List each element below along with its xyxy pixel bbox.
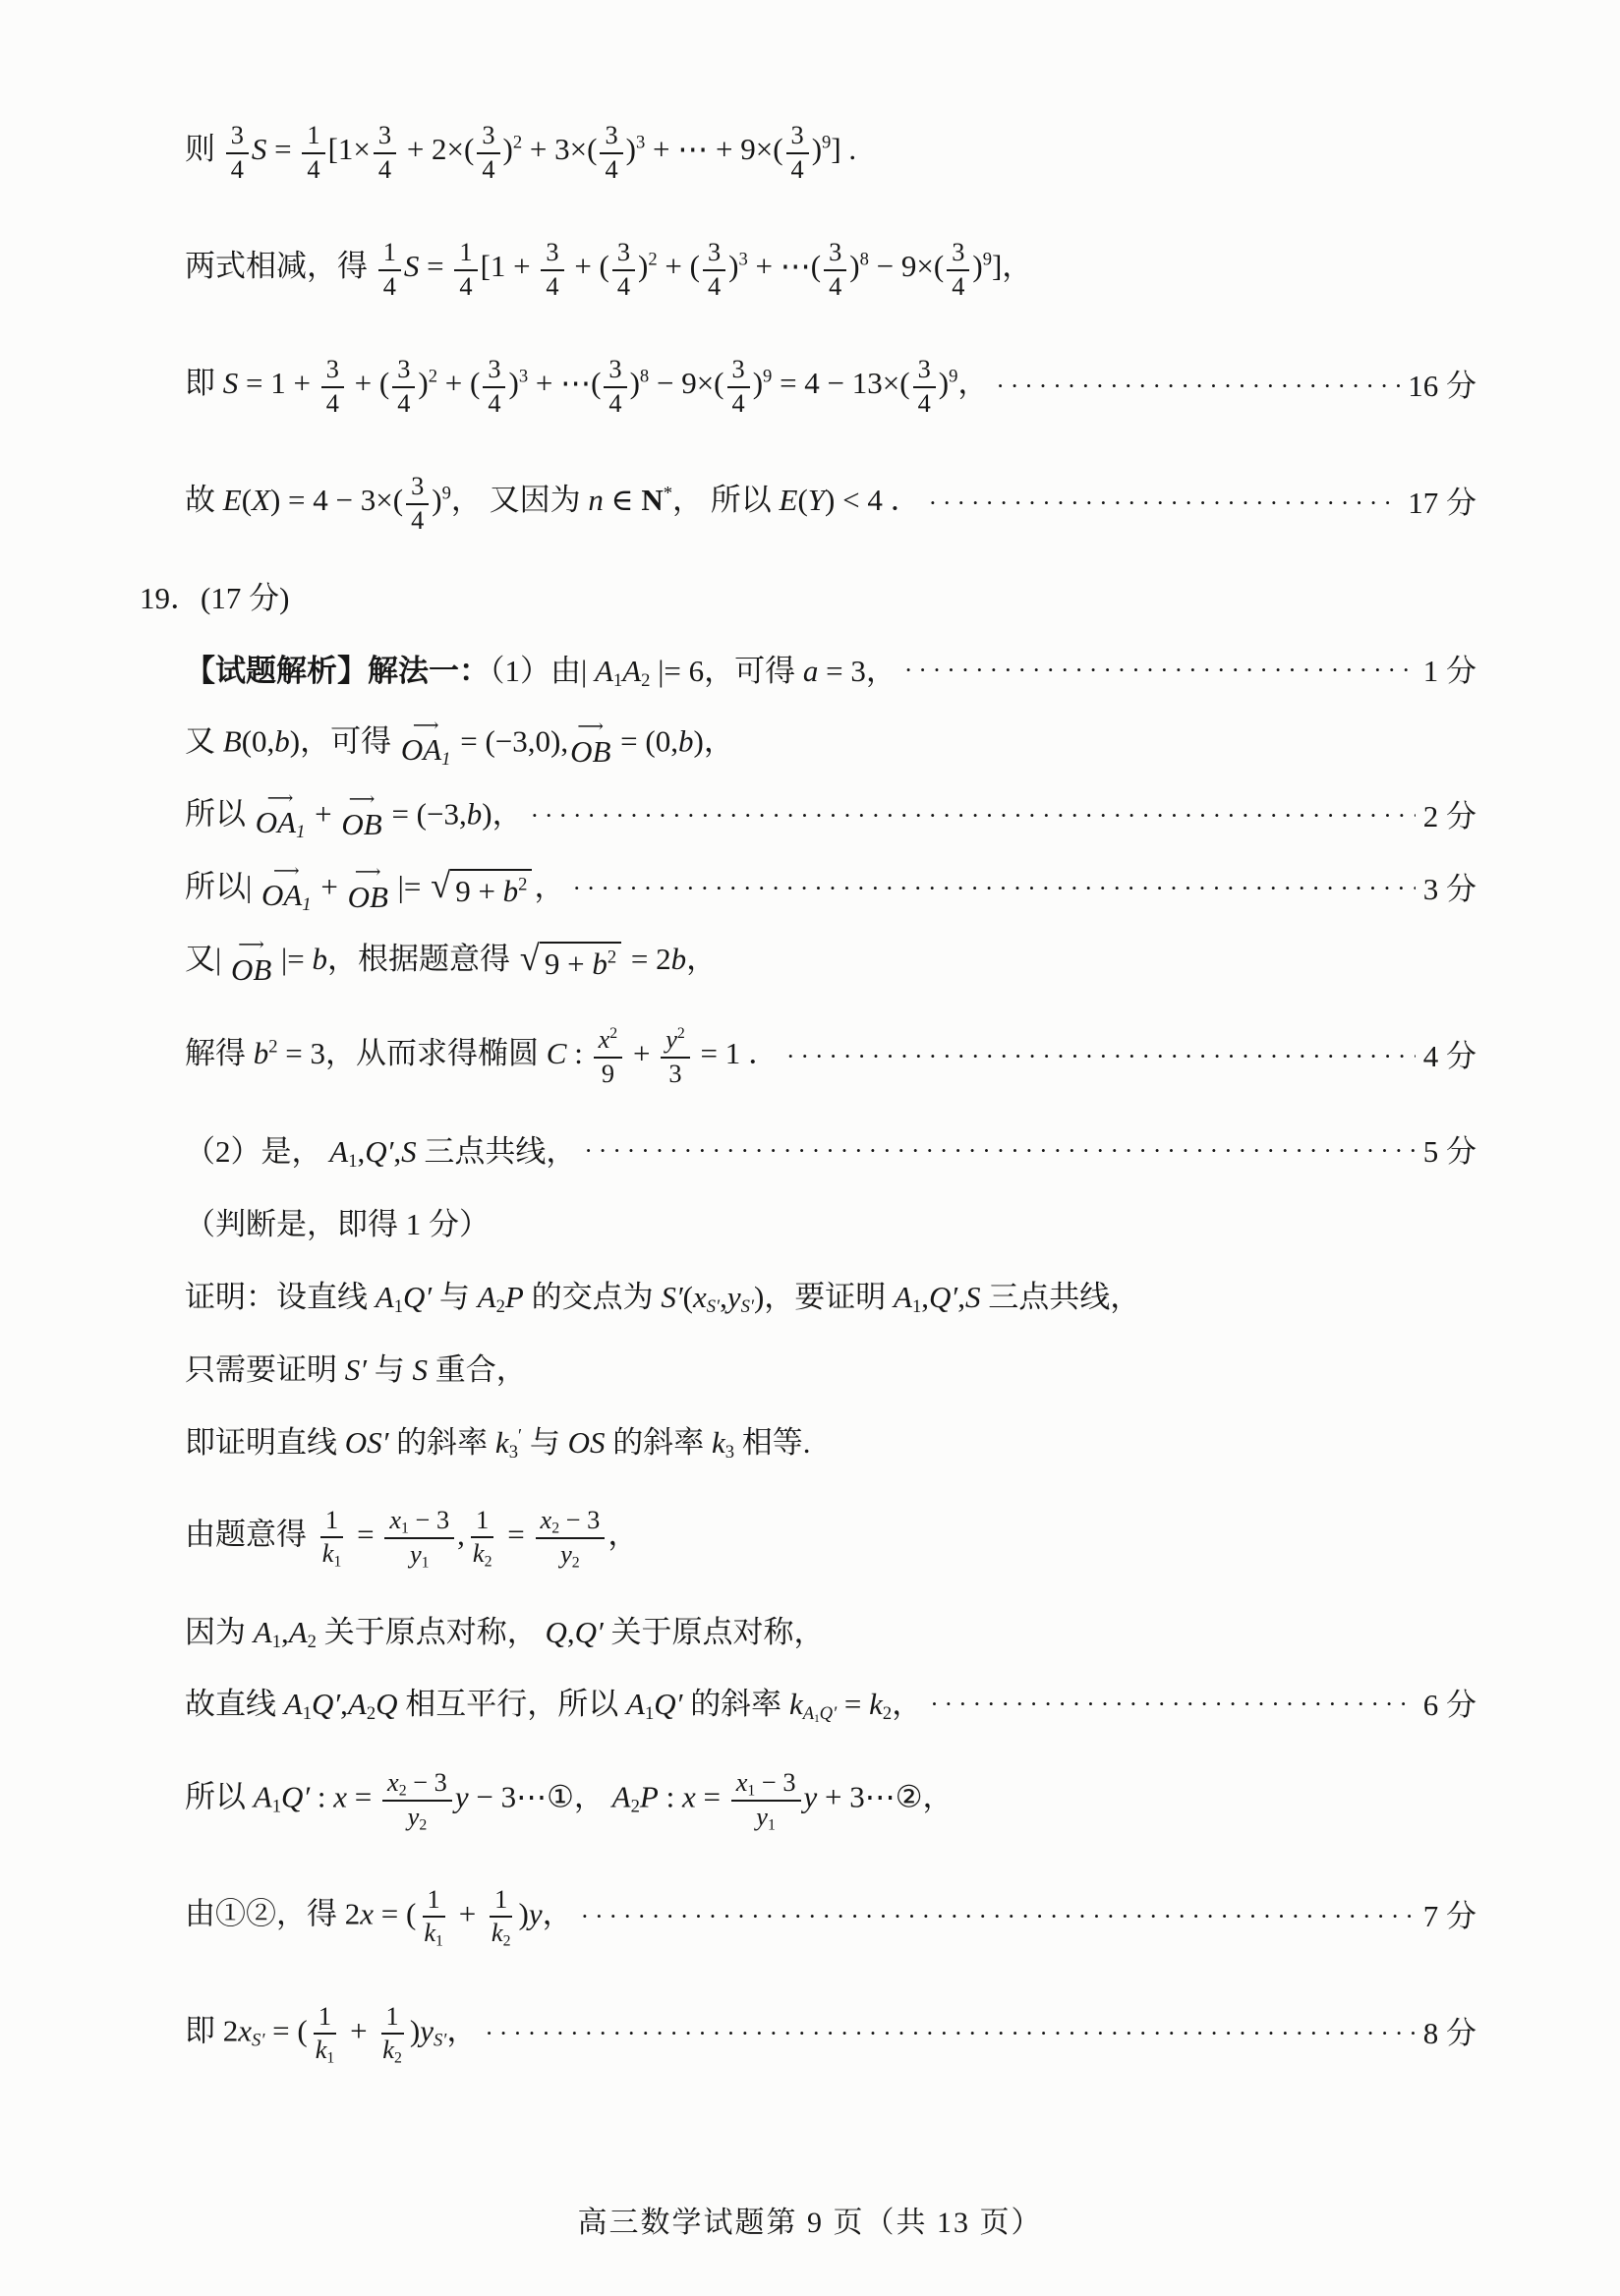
math-variable: Q <box>545 1615 566 1649</box>
math-variable: OB <box>348 880 388 914</box>
math-variable: x <box>541 1506 552 1534</box>
math-variable: OB <box>570 734 610 769</box>
math-fraction: y23 <box>661 1024 690 1089</box>
numerator: 3 <box>612 237 635 270</box>
math-fraction: 34 <box>727 354 750 419</box>
formula-line: 故 E(X) = 4 − 3×(34)9， 又因为 n ∈ N*， 所以 E(Y… <box>185 445 1476 562</box>
line-content: 即 2xS′ = (1k1 + 1k2)yS′， <box>185 2001 477 2066</box>
math-fraction: 34 <box>913 354 936 419</box>
superscript: 9 <box>983 250 992 270</box>
text: ， <box>923 1780 954 1814</box>
subscript: 2 <box>496 1296 505 1317</box>
math-text: ) <box>503 133 513 167</box>
math-text: : <box>566 1037 590 1071</box>
subscript: 3 <box>725 1442 734 1463</box>
math-variable: b <box>313 942 328 976</box>
math-text: : <box>310 1780 333 1814</box>
subscript: 2 <box>503 1933 511 1950</box>
subscript: 2 <box>419 1816 427 1833</box>
math-text: | <box>215 942 229 976</box>
superscript: 9 <box>763 367 772 387</box>
math-text: ) <box>410 2014 420 2048</box>
denominator: k1 <box>311 2035 340 2066</box>
math-text: = 3 <box>818 654 865 688</box>
text: （判断是，即得 1 分） <box>185 1207 490 1241</box>
text: 即 <box>185 367 223 401</box>
math-variable: OB <box>341 807 381 841</box>
math-variable: b <box>274 723 290 758</box>
subscript: 1 <box>394 1296 403 1317</box>
subscript: 1 <box>613 670 622 691</box>
formula-line: 因为 A1,A2 关于原点对称， Q,Q′ 关于原点对称， <box>185 1596 1476 1669</box>
math-text: ) <box>812 133 822 167</box>
subscript: 2 <box>551 1521 559 1537</box>
superscript: 3 <box>519 367 528 387</box>
numerator: 3 <box>703 237 725 270</box>
score-label: 8 分 <box>1423 2015 1476 2053</box>
text: 与 <box>522 1425 568 1460</box>
line-content: 又| ⟶OB |= b，根据题意得 √9 + b2 = 2b， <box>185 938 717 986</box>
math-text: = <box>837 1687 869 1721</box>
line-content: 19．(17 分) <box>140 580 289 618</box>
formula-line: （2）是， A1,Q′,S 三点共线，·····················… <box>185 1116 1476 1188</box>
math-vector: ⟶OB <box>348 865 388 913</box>
math-variable: A <box>348 1687 367 1721</box>
math-text: + <box>625 1037 658 1071</box>
subscript: 2 <box>399 1783 407 1800</box>
math-fraction: 34 <box>604 354 626 419</box>
text: 的斜率 <box>388 1425 495 1460</box>
line-content: 解得 b2 = 3，从而求得椭圆 C : x29 + y23 = 1 ． <box>185 1024 779 1089</box>
math-fraction: 14 <box>302 120 324 185</box>
page-footer: 高三数学试题第 9 页（共 13 页） <box>0 2198 1620 2241</box>
math-text: [1 + <box>481 250 539 284</box>
math-variable: E <box>223 484 242 518</box>
vector-body: OB <box>570 736 610 769</box>
math-text: − 3 <box>755 1768 795 1797</box>
math-vector: ⟶OB <box>231 938 271 986</box>
text: ，从而求得椭圆 <box>325 1037 547 1071</box>
superscript: 2 <box>429 367 437 387</box>
text: 所以 <box>185 1780 254 1814</box>
numerator: x2 − 3 <box>382 1767 452 1801</box>
formula-line: 即 S = 1 + 34 + (34)2 + (34)3 + ⋯(34)8 − … <box>185 328 1476 445</box>
dotted-leader: ········································… <box>904 656 1416 687</box>
text: 因为 <box>185 1615 254 1649</box>
math-variable: y <box>455 1780 469 1814</box>
math-vector: ⟶OA1 <box>401 718 451 771</box>
math-variable: C <box>547 1037 567 1071</box>
math-text: , <box>921 1280 929 1314</box>
numerator: 3 <box>406 471 429 504</box>
math-variable: Q′ <box>403 1280 432 1314</box>
text: 只需要证明 <box>185 1352 345 1387</box>
text: 故 <box>185 484 223 518</box>
math-text: + 2×( <box>399 133 474 167</box>
math-variable: Q′ <box>820 1703 838 1724</box>
math-text: 9 + <box>455 874 502 908</box>
dotted-leader: ········································… <box>584 1136 1415 1168</box>
formula-line: 两式相减，得 14S = 14[1 + 34 + (34)2 + (34)3 +… <box>185 211 1476 328</box>
math-variable: S′ <box>707 1296 720 1317</box>
math-variable: S <box>223 367 239 401</box>
numerator: 1 <box>381 2001 404 2035</box>
math-text: , <box>567 1615 575 1649</box>
math-variable: A <box>254 1615 272 1649</box>
math-text: , <box>393 1134 401 1169</box>
text: 故直线 <box>185 1687 284 1721</box>
line-content: 【试题解析】解法一：（1）由| A1A2 |= 6，可得 a = 3， <box>185 653 897 691</box>
math-variable: A <box>329 1134 348 1169</box>
text: ，要证明 <box>764 1280 894 1314</box>
math-text: | <box>246 869 260 903</box>
math-text: , <box>957 1280 965 1314</box>
denominator: 4 <box>541 271 563 303</box>
math-variable: y <box>420 2014 434 2048</box>
numerator: 3 <box>321 354 344 387</box>
math-text: ) <box>638 250 648 284</box>
math-variable: k <box>473 1539 485 1568</box>
subscript: S′ <box>707 1296 720 1317</box>
superscript: 3 <box>636 133 645 153</box>
text: 则 <box>185 133 223 167</box>
math-variable: A <box>289 1615 308 1649</box>
vector-body: OA1 <box>261 880 312 915</box>
numerator: 3 <box>541 237 563 270</box>
denominator: 4 <box>483 388 505 420</box>
score-label: 1 分 <box>1423 653 1476 691</box>
vector-body: OA1 <box>256 807 306 842</box>
superscript: 8 <box>860 250 869 270</box>
math-variable: Q′ <box>575 1615 604 1649</box>
math-fraction: 14 <box>378 237 401 302</box>
numerator: 3 <box>483 354 505 387</box>
denominator: 3 <box>664 1059 686 1090</box>
math-fraction: 34 <box>477 120 499 185</box>
denominator: 4 <box>947 271 969 303</box>
math-sqrt: √9 + b2 <box>520 942 621 984</box>
superscript: 2 <box>609 1026 617 1043</box>
numerator: 1 <box>302 120 324 153</box>
line-content: （判断是，即得 1 分） <box>185 1206 490 1244</box>
formula-line: 故直线 A1Q′,A2Q 相互平行，所以 A1Q′ 的斜率 kA1Q′ = k2… <box>185 1669 1476 1742</box>
math-variable: S′ <box>741 1296 754 1317</box>
line-content: 由①②，得 2x = (1k1 + 1k2)y， <box>185 1884 573 1949</box>
formula-line: 所以 A1Q′ : x = x2 − 3y2y − 3⋯①， A2P : x =… <box>185 1742 1476 1859</box>
math-text: = 2 <box>623 942 670 976</box>
math-text: ) <box>754 1280 764 1314</box>
subscript: 1 <box>422 1554 430 1571</box>
math-fraction: 1k1 <box>311 2001 340 2066</box>
math-text: 2 <box>223 2014 239 2048</box>
denominator: 4 <box>600 154 622 186</box>
score-label: 2 分 <box>1423 798 1476 836</box>
text: （1）由 <box>490 654 581 688</box>
math-fraction: 34 <box>374 120 396 185</box>
superscript: 2 <box>677 1026 685 1043</box>
math-text: ) <box>519 1897 529 1931</box>
math-text: ) <box>693 723 703 758</box>
math-fraction: 34 <box>321 354 344 419</box>
math-text: + <box>314 869 346 903</box>
math-text: = 3 <box>278 1037 325 1071</box>
text: （2）是， <box>185 1134 329 1169</box>
denominator: k2 <box>487 1918 516 1949</box>
denominator: 4 <box>321 388 344 420</box>
math-text: ) <box>508 367 518 401</box>
formula-line: 【试题解析】解法一：（1）由| A1A2 |= 6，可得 a = 3，·····… <box>185 635 1476 708</box>
math-text: : <box>659 1780 682 1814</box>
math-variable: x <box>599 1025 610 1054</box>
formula-line: 所以| ⟶OA1 + ⟶OB |= √9 + b2，··············… <box>185 853 1476 926</box>
math-variable: k <box>382 2036 394 2064</box>
subscript: 1 <box>296 823 305 843</box>
denominator: 4 <box>703 271 725 303</box>
subscript: 3 <box>509 1442 518 1463</box>
text: 重合， <box>428 1352 527 1387</box>
line-content: 即 S = 1 + 34 + (34)2 + (34)3 + ⋯(34)8 − … <box>185 354 988 419</box>
math-fraction: 14 <box>454 237 477 302</box>
subscript: 1 <box>768 1816 776 1833</box>
line-content: 两式相减，得 14S = 14[1 + 34 + (34)2 + (34)3 +… <box>185 237 1032 302</box>
dotted-leader: ········································… <box>572 874 1415 905</box>
denominator: y1 <box>751 1802 781 1833</box>
math-text: + 3×( <box>522 133 597 167</box>
math-variable: A <box>478 1280 496 1314</box>
math-variable: k <box>424 1919 435 1947</box>
math-text: ) = 4 − 3×( <box>270 484 403 518</box>
numerator: 1 <box>454 237 477 270</box>
text: 相等. <box>734 1425 811 1460</box>
numerator: 3 <box>727 354 750 387</box>
numerator: 1 <box>314 2001 336 2035</box>
math-text: + ⋯( <box>748 250 821 284</box>
score-label: 16 分 <box>1408 368 1476 406</box>
line-content: 则 34S = 14[1×34 + 2×(34)2 + 3×(34)3 + ⋯ … <box>185 120 856 185</box>
math-variable: b <box>678 723 694 758</box>
text: 与 <box>367 1352 413 1387</box>
bold-text: N <box>641 484 663 518</box>
math-fraction: 34 <box>947 237 969 302</box>
formula-line: 由①②，得 2x = (1k1 + 1k2)y，················… <box>185 1859 1476 1976</box>
subscript: 1 <box>302 895 311 916</box>
vector-body: OB <box>348 882 388 914</box>
math-fraction: 34 <box>612 237 635 302</box>
subscript: 2 <box>883 1703 892 1724</box>
dotted-leader: ········································… <box>581 1902 1416 1933</box>
text: 与 <box>432 1280 478 1314</box>
math-text: (0, <box>242 723 275 758</box>
subscript: S′ <box>741 1296 754 1317</box>
math-variable: B <box>223 723 242 758</box>
denominator: k1 <box>419 1918 448 1949</box>
dotted-leader: ········································… <box>786 1042 1416 1073</box>
math-text: | <box>581 654 595 688</box>
superscript: 8 <box>640 367 649 387</box>
math-text: + ⋯( <box>528 367 601 401</box>
denominator: 4 <box>913 388 936 420</box>
math-variable: A <box>284 1687 303 1721</box>
dotted-leader: ········································… <box>996 372 1400 403</box>
math-text: + <box>307 796 339 831</box>
math-variable: Q′ <box>312 1687 340 1721</box>
math-text: ] . <box>831 133 856 167</box>
text: ， <box>543 1897 573 1931</box>
text: ， <box>607 1518 638 1552</box>
line-content: 所以| ⟶OA1 + ⟶OB |= √9 + b2， <box>185 864 564 916</box>
denominator: k2 <box>377 2035 407 2066</box>
math-text: + <box>451 1897 484 1931</box>
text: ， <box>534 869 564 903</box>
math-text: 2 <box>345 1897 361 1931</box>
math-text: = (0, <box>612 723 678 758</box>
denominator: 4 <box>406 505 429 537</box>
text: ， <box>704 723 734 758</box>
text: ， 所以 <box>672 484 780 518</box>
math-text: − 9×( <box>649 367 723 401</box>
math-variable: Q′ <box>365 1134 393 1169</box>
text: 所以 <box>185 796 254 831</box>
subscript: 1 <box>272 1797 281 1817</box>
math-variable: S <box>252 133 267 167</box>
math-text: − 3 <box>559 1506 600 1534</box>
math-variable: b <box>592 947 607 981</box>
math-sqrt: √9 + b2 <box>431 869 532 911</box>
denominator: 4 <box>477 154 499 186</box>
numerator: 1 <box>471 1505 493 1538</box>
score-label: 4 分 <box>1423 1038 1476 1076</box>
math-fraction: x2 − 3y2 <box>536 1505 606 1570</box>
subscript: 2 <box>394 2050 402 2067</box>
math-text: ) <box>432 484 441 518</box>
math-fraction: 34 <box>786 120 809 185</box>
math-variable: OS <box>568 1425 606 1460</box>
formula-line: 解得 b2 = 3，从而求得椭圆 C : x29 + y23 = 1 ．····… <box>185 999 1476 1116</box>
text: 即证明直线 <box>185 1425 345 1460</box>
math-variable: OA <box>256 805 296 839</box>
math-text: − 3 <box>409 1506 449 1534</box>
math-text: = <box>266 133 299 167</box>
denominator: 4 <box>604 388 626 420</box>
denominator: 4 <box>302 154 324 186</box>
math-fraction: 34 <box>406 471 429 536</box>
math-vector: ⟶OA1 <box>256 791 306 843</box>
math-variable: Q′ <box>281 1780 310 1814</box>
radicand: 9 + b2 <box>450 869 532 911</box>
line-content: 又 B(0,b)，可得 ⟶OA1 = (−3,0),⟶OB = (0,b)， <box>185 718 734 771</box>
math-variable: x <box>736 1768 748 1797</box>
math-text: + ⋯ + 9×( <box>645 133 782 167</box>
math-text: + ( <box>658 250 700 284</box>
text: 19．(17 分) <box>140 581 289 615</box>
text: ， <box>866 654 897 688</box>
math-variable: OA <box>261 878 302 912</box>
math-text: + ( <box>347 367 389 401</box>
math-variable: a <box>803 654 819 688</box>
math-variable: A <box>626 1687 645 1721</box>
math-text: ) <box>728 250 738 284</box>
numerator: 3 <box>374 120 396 153</box>
subscript: 1 <box>645 1703 654 1724</box>
math-text: = (−3, <box>384 796 467 831</box>
math-variable: x <box>238 2014 252 2048</box>
math-variable: A <box>612 1780 631 1814</box>
math-text: = ( <box>374 1897 416 1931</box>
subscript: S′ <box>434 2031 446 2051</box>
text: 由①②，得 <box>185 1897 345 1931</box>
footer-text: 高三数学试题第 9 页（共 13 页） <box>578 2207 1043 2239</box>
subscript: 2 <box>367 1703 376 1724</box>
denominator: 4 <box>824 271 846 303</box>
line-content: 所以 ⟶OA1 + ⟶OB = (−3,b)， <box>185 791 523 843</box>
numerator: x1 − 3 <box>384 1505 454 1538</box>
denominator: y2 <box>555 1539 585 1571</box>
line-content: 即证明直线 OS′ 的斜率 k3′ 与 OS 的斜率 k3 相等. <box>185 1424 811 1463</box>
text: 由题意得 <box>185 1518 315 1552</box>
superscript: 9 <box>442 484 451 504</box>
superscript: 2 <box>607 947 616 967</box>
math-fraction: 34 <box>703 237 725 302</box>
math-variable: x <box>693 1280 707 1314</box>
numerator: y2 <box>661 1024 690 1058</box>
text: ，可得 <box>704 654 803 688</box>
math-variable: k <box>322 1539 334 1568</box>
denominator: 4 <box>374 154 396 186</box>
math-variable: k <box>495 1425 509 1460</box>
formula-line: 只需要证明 S′ 与 S 重合， <box>185 1334 1476 1406</box>
math-text: = 1 + <box>238 367 318 401</box>
math-text: = <box>500 1518 533 1552</box>
text: 三点共线， <box>417 1134 577 1169</box>
math-variable: S′ <box>661 1280 682 1314</box>
vector-body: OA1 <box>401 734 451 770</box>
superscript: 2 <box>513 133 522 153</box>
math-variable: x <box>389 1506 401 1534</box>
line-content: 因为 A1,A2 关于原点对称， Q,Q′ 关于原点对称， <box>185 1614 825 1652</box>
math-variable: S <box>404 250 420 284</box>
numerator: 1 <box>423 1884 445 1918</box>
subscript: 2 <box>631 1797 640 1817</box>
score-label: 5 分 <box>1423 1133 1476 1172</box>
subscript: 2 <box>308 1632 317 1652</box>
math-text: = ( <box>264 2014 307 2048</box>
math-text: = <box>419 250 451 284</box>
subscript: 2 <box>572 1554 580 1571</box>
math-variable: b <box>671 942 687 976</box>
math-fraction: 34 <box>824 237 846 302</box>
text: ， <box>574 1780 612 1814</box>
denominator: k2 <box>468 1538 497 1570</box>
line-content: （2）是， A1,Q′,S 三点共线， <box>185 1133 576 1172</box>
math-variable: S′ <box>252 2031 264 2051</box>
math-variable: b <box>254 1037 269 1071</box>
dotted-leader: ········································… <box>929 488 1401 520</box>
math-text: = (−3,0), <box>452 723 568 758</box>
math-fraction: 1k2 <box>487 1884 516 1949</box>
math-fraction: 1k1 <box>419 1884 448 1949</box>
denominator: 4 <box>378 271 401 303</box>
math-variable: Q <box>376 1687 397 1721</box>
math-variable: A <box>894 1280 912 1314</box>
text: ， <box>686 942 717 976</box>
math-text: , <box>340 1687 348 1721</box>
math-variable: A <box>803 1703 814 1724</box>
math-fraction: 34 <box>600 120 622 185</box>
math-text: ) < 4 ． <box>825 484 921 518</box>
text: 的斜率 <box>682 1687 789 1721</box>
math-variable: x <box>387 1768 399 1797</box>
math-variable: k <box>869 1687 883 1721</box>
